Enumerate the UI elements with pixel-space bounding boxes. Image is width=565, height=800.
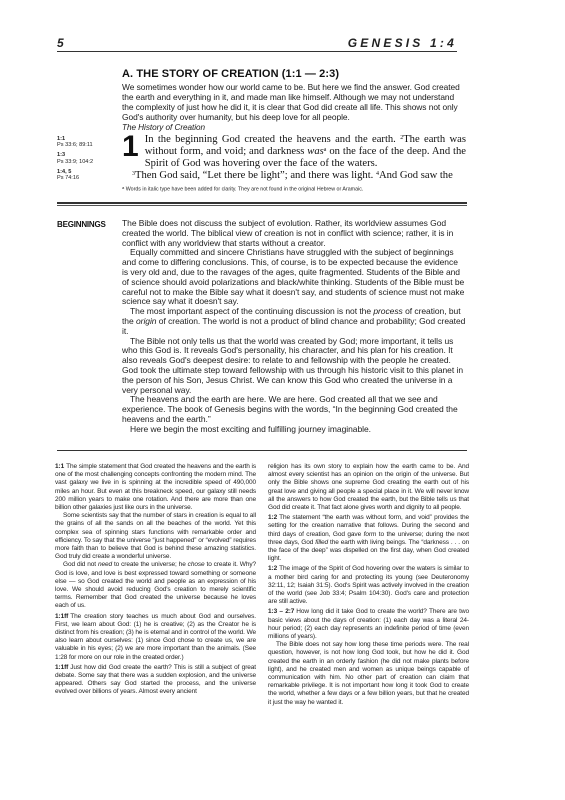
emphasis: origin: [136, 316, 157, 326]
section-divider: [57, 205, 467, 206]
note-text: Just how did God create the earth? This …: [55, 664, 256, 696]
text-run: to create it. Why? God is love, and love…: [55, 561, 256, 609]
notes-column-right: religion has its own story to explain ho…: [268, 463, 469, 709]
cross-references: 1:1 Ps 33:6; 89:11 1:3 Ps 33:9; 104:2 1:…: [57, 136, 117, 185]
bible-page: 5 GENESIS 1:4 A. THE STORY OF CREATION (…: [0, 0, 565, 800]
verse-2-italic: was: [307, 146, 324, 157]
note-paragraph: God did not need to create the universe;…: [55, 561, 256, 610]
xref-refs: Ps 33:9; 104:2: [57, 159, 117, 165]
note-paragraph: religion has its own story to explain ho…: [268, 463, 469, 512]
profile-paragraph: The most important aspect of the continu…: [122, 307, 466, 336]
notes-column-left: 1:1The simple statement that God created…: [55, 463, 256, 709]
section-divider: [57, 202, 467, 204]
footnote: a Words in italic type have been added f…: [122, 184, 466, 194]
emphasis: filled: [315, 539, 328, 546]
emphasis: chose: [188, 561, 205, 568]
note-ref: 1:1ff: [55, 613, 68, 620]
emphasis: process: [373, 306, 402, 316]
note-ref: 1:2: [268, 565, 277, 572]
study-note: 1:2The statement “the earth was without …: [268, 514, 469, 563]
emphasis: form: [364, 531, 377, 538]
note-ref: 1:2: [268, 514, 277, 521]
profile-paragraph: The Bible not only tells us that the wor…: [122, 337, 466, 396]
study-note: 1:2The image of the Spirit of God hoveri…: [268, 565, 469, 606]
header-rule: [57, 51, 457, 52]
page-number: 5: [57, 36, 64, 50]
profile-paragraph: The Bible does not discuss the subject o…: [122, 219, 466, 248]
verse-4: And God saw the: [379, 170, 453, 181]
study-note: 1:1ffThe creation story teaches us much …: [55, 613, 256, 662]
profile-paragraph: Here we begin the most exciting and fulf…: [122, 425, 466, 435]
profile-paragraph: The heavens and the earth are here. We a…: [122, 395, 466, 424]
verse-3-line: 3Then God said, “Let there be light”; an…: [122, 170, 466, 182]
profile-label: BEGINNINGS: [57, 220, 106, 229]
note-paragraph: The Bible does not say how long these ti…: [268, 641, 469, 707]
note-paragraph: 1:3 – 2:7How long did it take God to cre…: [268, 608, 469, 641]
xref-refs: Ps 74:16: [57, 175, 117, 181]
text-run: God did not: [63, 561, 98, 568]
verse-3: Then God said, “Let there be light”; and…: [135, 170, 373, 181]
note-paragraph: 1:2The statement “the earth was without …: [268, 514, 469, 563]
text-run: to create the universe; he: [112, 561, 188, 568]
notes-divider: [57, 450, 467, 451]
scripture-text: 1 In the beginning God created the heave…: [122, 134, 466, 182]
note-ref: 1:1: [55, 463, 64, 470]
cross-reference: 1:3 Ps 33:9; 104:2: [57, 152, 117, 164]
text-run: of creation. The world is not a product …: [122, 316, 465, 336]
note-paragraph: 1:2The image of the Spirit of God hoveri…: [268, 565, 469, 606]
note-paragraph: Some scientists say that the number of s…: [55, 512, 256, 561]
note-paragraph: 1:1ffJust how did God create the earth? …: [55, 664, 256, 697]
study-note: 1:1The simple statement that God created…: [55, 463, 256, 611]
chapter-number: 1: [122, 136, 139, 158]
cross-reference: 1:4, 5 Ps 74:16: [57, 169, 117, 181]
footnote-mark: a: [122, 185, 124, 190]
section-intro: A. THE STORY OF CREATION (1:1 — 2:3) We …: [122, 68, 462, 133]
note-ref: 1:3 – 2:7: [268, 608, 294, 615]
section-heading: A. THE STORY OF CREATION (1:1 — 2:3): [122, 68, 462, 81]
note-text: How long did it take God to create the w…: [268, 608, 469, 640]
note-text: The simple statement that God created th…: [55, 463, 256, 511]
xref-refs: Ps 33:6; 89:11: [57, 142, 117, 148]
note-paragraph: 1:1The simple statement that God created…: [55, 463, 256, 512]
cross-reference: 1:1 Ps 33:6; 89:11: [57, 136, 117, 148]
note-paragraph: 1:1ffThe creation story teaches us much …: [55, 613, 256, 662]
study-note: 1:3 – 2:7How long did it take God to cre…: [268, 608, 469, 706]
profile-paragraph: Equally committed and sincere Christians…: [122, 248, 466, 307]
study-note-continued: religion has its own story to explain ho…: [268, 463, 469, 512]
running-header: 5 GENESIS 1:4: [57, 36, 457, 50]
running-title: GENESIS 1:4: [348, 36, 457, 50]
section-subhead: The History of Creation: [122, 123, 462, 133]
note-text: The creation story teaches us much about…: [55, 613, 256, 661]
study-note: 1:1ffJust how did God create the earth? …: [55, 664, 256, 697]
verse-1: In the beginning God created the heavens…: [145, 134, 396, 145]
note-ref: 1:1ff: [55, 664, 68, 671]
emphasis: need: [98, 561, 112, 568]
footnote-text: Words in italic type have been added for…: [126, 187, 364, 193]
section-intro-text: We sometimes wonder how our world came t…: [122, 82, 462, 122]
text-run: The most important aspect of the continu…: [130, 306, 373, 316]
note-text: The image of the Spirit of God hovering …: [268, 565, 469, 605]
study-notes: 1:1The simple statement that God created…: [55, 463, 469, 709]
profile-body: The Bible does not discuss the subject o…: [122, 219, 466, 435]
